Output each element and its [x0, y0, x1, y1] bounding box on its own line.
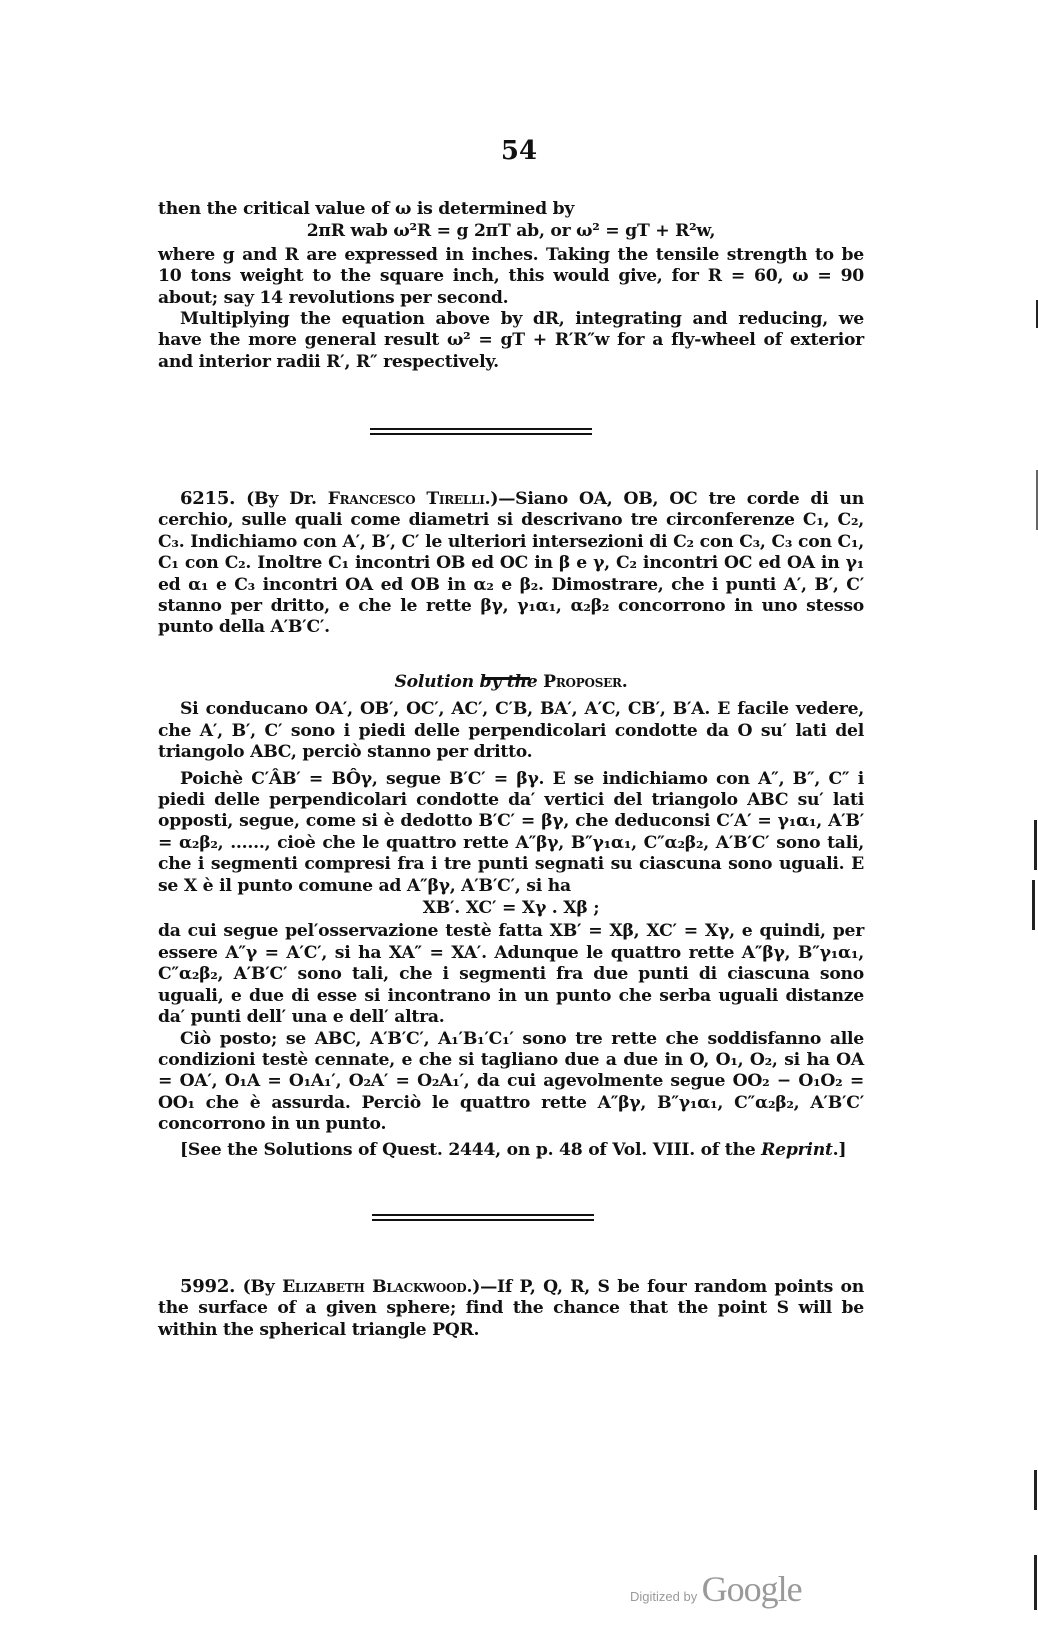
solution-paragraph-4: Ciò posto; se ABC, A′B′C′, A₁′B₁′C₁′ son…	[158, 1029, 864, 1136]
solution-6215: Solution by the Proposer. Si conducano O…	[158, 672, 864, 1161]
solution-heading-proposer: Proposer.	[543, 672, 627, 692]
equation-critical-value: 2πR wab ω²R = g 2πT ab, or ω² = gT + R²w…	[158, 221, 864, 242]
note-suffix: .]	[833, 1140, 847, 1160]
author-suffix: )—	[472, 1277, 497, 1297]
google-watermark: Digitized by Google	[630, 1568, 802, 1610]
paragraph-general-result: Multiplying the equation above by dR, in…	[158, 309, 864, 373]
author-prefix: (By	[243, 1277, 275, 1297]
author-name: Francesco Tirelli.	[328, 489, 491, 509]
question-number: 5992.	[180, 1276, 235, 1297]
solution-reference-note: [See the Solutions of Quest. 2444, on p.…	[158, 1140, 864, 1161]
author-name: Elizabeth Blackwood.	[282, 1277, 472, 1297]
question-6215: 6215. (By Dr. Francesco Tirelli.)—Siano …	[158, 488, 864, 639]
paragraph-tensile: where g and R are expressed in inches. T…	[158, 245, 864, 309]
question-5992: 5992. (By Elizabeth Blackwood.)—If P, Q,…	[158, 1276, 864, 1341]
section-divider	[370, 428, 592, 436]
question-text: Siano OA, OB, OC tre corde di un cerchio…	[158, 489, 864, 637]
solution-paragraph-3: da cui segue pel′osservazione testè fatt…	[158, 921, 864, 1028]
solution-heading-italic: Solution by the	[394, 672, 537, 692]
solution-equation: XB′. XC′ = Xγ . Xβ ;	[158, 898, 864, 919]
question-number: 6215.	[180, 488, 235, 509]
watermark-prefix: Digitized by	[630, 1589, 697, 1604]
author-prefix: (By Dr.	[246, 489, 317, 509]
note-text: [See the Solutions of Quest. 2444, on p.…	[180, 1140, 755, 1160]
solution-paragraph-2: Poichè C′ÂB′ = BÔγ, segue B′C′ = βγ. E s…	[158, 769, 864, 897]
google-logo: Google	[702, 1569, 802, 1609]
scan-margin-mark	[1034, 1555, 1037, 1610]
scan-margin-mark	[1034, 820, 1037, 870]
solution-paragraph-1: Si conducano OA′, OB′, OC′, AC′, C′B, BA…	[158, 699, 864, 763]
solution-heading: Solution by the Proposer.	[158, 672, 864, 693]
author-suffix: )—	[490, 489, 515, 509]
note-italic: Reprint	[761, 1140, 833, 1160]
page-number: 54	[0, 136, 1038, 166]
section-continuation: then the critical value of ω is determin…	[158, 199, 864, 373]
scan-margin-mark	[1034, 1470, 1037, 1510]
intro-line: then the critical value of ω is determin…	[158, 199, 864, 220]
scan-margin-mark	[1032, 880, 1035, 930]
section-divider-2	[372, 1214, 594, 1222]
